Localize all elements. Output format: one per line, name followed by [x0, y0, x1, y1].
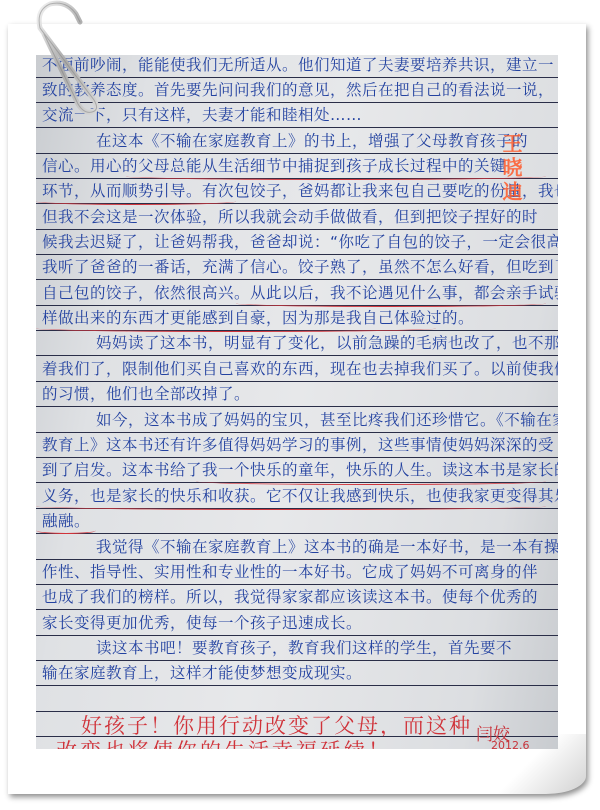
- text-line: 着我们了，限制他们买自己喜欢的东西，现在也去掉我们买了。以前使我们烦恼: [36, 359, 558, 382]
- text-line: [36, 689, 558, 712]
- text-line: 如今，这本书成了妈妈的宝贝，甚至比疼我们还珍惜它。《不输在家庭: [36, 410, 558, 433]
- text-line: 的习惯，他们也全部改掉了。: [36, 384, 558, 407]
- text-line: 读这本书吧！要教育孩子，教育我们这样的学生，首先要不: [36, 638, 558, 661]
- text-line: 作性、指导性、实用性和专业性的一本好书。它成了妈妈不可离身的伴: [36, 562, 558, 585]
- text-line: 在这本《不输在家庭教育上》的书上，增强了父母教育孩子的: [36, 131, 558, 154]
- red-underline: [126, 173, 546, 180]
- comment-date: 2012.6: [491, 739, 530, 749]
- text-line: 我觉得《不输在家庭教育上》这本书的确是一本好书，是一本有操: [36, 537, 558, 560]
- text-line: 候我去迟疑了，让爸妈帮我，爸爸却说：“你吃了自包的饺子，一定会很高兴”: [36, 232, 558, 255]
- text-line: 致的教养态度。首先要先问问我们的意见，然后在把自己的看法说一说，: [36, 80, 558, 103]
- text-line: 交流一下，只有这样，夫妻才能和睦相处……: [36, 105, 558, 128]
- margin-stamp: 王晓迪: [504, 133, 524, 205]
- text-line: 但我不会这是一次体验，所以我就会动手做做看，但到把饺子捏好的时: [36, 207, 558, 230]
- red-underline: [36, 198, 236, 205]
- red-underline: [36, 325, 436, 332]
- text-line: 我听了爸爸的一番话，充满了信心。饺子熟了，虽然不怎么好看，但吃到了: [36, 257, 558, 280]
- text-line: 教育上》这本书还有许多值得妈妈学习的事例，这些事情使妈妈深深的受: [36, 435, 558, 458]
- text-line: 也成了我们的榜样。所以，我觉得家家都应该读这本书。使每个优秀的: [36, 587, 558, 610]
- red-underline: [36, 527, 96, 534]
- text-line: 输在家庭教育上，这样才能使梦想变成现实。: [36, 663, 558, 686]
- handwritten-page: 不面前吵闹，能能使我们无所适从。他们知道了夫妻要培养共识，建立一 致的教养态度。…: [36, 55, 558, 749]
- text-line: 妈妈读了这本书，明显有了变化，以前急躁的毛病也改了，也不那么惯: [36, 333, 558, 356]
- paperclip-icon: [14, 0, 104, 115]
- text-line: 不面前吵闹，能能使我们无所适从。他们知道了夫妻要培养共识，建立一: [36, 55, 558, 78]
- red-underline: [196, 478, 546, 485]
- text-line: 融融。: [36, 511, 558, 534]
- text-line: 家长变得更加优秀，使每一个孩子迅速成长。: [36, 613, 558, 636]
- red-underline: [36, 503, 546, 510]
- red-underline: [236, 300, 546, 307]
